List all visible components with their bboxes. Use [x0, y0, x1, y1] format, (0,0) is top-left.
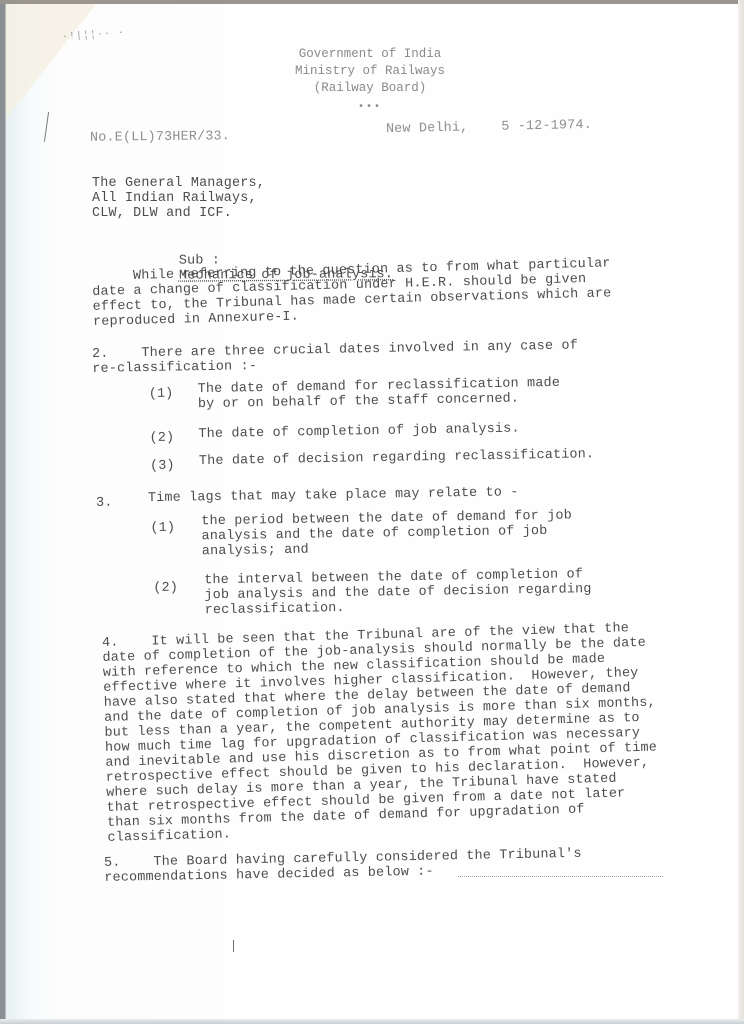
- paragraph-5: 5. The Board having carefully considered…: [0, 0, 727, 2]
- letter-page: ·!|¦¦·· · Government of India Ministry o…: [0, 0, 744, 1024]
- letterhead-separator: •••: [260, 99, 480, 116]
- paragraph-line: Time lags that may take place may relate…: [148, 485, 519, 506]
- reference-number: No.E(LL)73HER/33.: [90, 129, 230, 145]
- paragraph-line: classification.: [107, 827, 231, 845]
- handwritten-scribble: ·!|¦¦·· ·: [62, 28, 126, 43]
- margin-pen-mark: [44, 112, 51, 142]
- paragraph-4: 4. It will be seen that the Tribunal are…: [0, 0, 726, 3]
- list-item-number: (1): [149, 387, 174, 402]
- letterhead-government: Government of India: [260, 46, 480, 63]
- list-item-number: (2): [149, 431, 174, 446]
- letterhead-board: (Railway Board): [260, 80, 480, 97]
- list-item-line: reclassification.: [205, 601, 345, 618]
- dotted-trail-line: [458, 876, 663, 878]
- list-item-number: (1): [150, 521, 175, 536]
- addressee-line: All Indian Railways,: [92, 191, 257, 206]
- paragraph-1: While referring to the question as to fr…: [0, 0, 736, 2]
- paragraph-line: 2. There are three crucial dates involve…: [92, 338, 578, 361]
- paragraph-3: 3. Time lags that may take place may rel…: [0, 0, 736, 1]
- list-item-number: (3): [150, 459, 175, 474]
- letterhead: Government of India Ministry of Railways…: [260, 46, 480, 116]
- addressee-line: The General Managers,: [92, 176, 265, 191]
- letterhead-ministry: Ministry of Railways: [260, 63, 480, 80]
- paragraph-number: 3.: [96, 496, 113, 511]
- list-item-line: analysis; and: [202, 543, 309, 560]
- place-date: New Delhi, 5 -12-1974.: [386, 118, 592, 137]
- list-item-line: The date of completion of job analysis.: [198, 422, 519, 443]
- paragraph-line: re-classification :-: [92, 359, 257, 377]
- list-item-number: (2): [153, 581, 178, 596]
- pen-stroke-mark: [233, 940, 234, 952]
- paragraph-2: 2. There are three crucial dates involve…: [0, 0, 738, 2]
- addressee-line: CLW, DLW and ICF.: [92, 206, 232, 221]
- list-item-line: The date of decision regarding reclassif…: [199, 447, 595, 469]
